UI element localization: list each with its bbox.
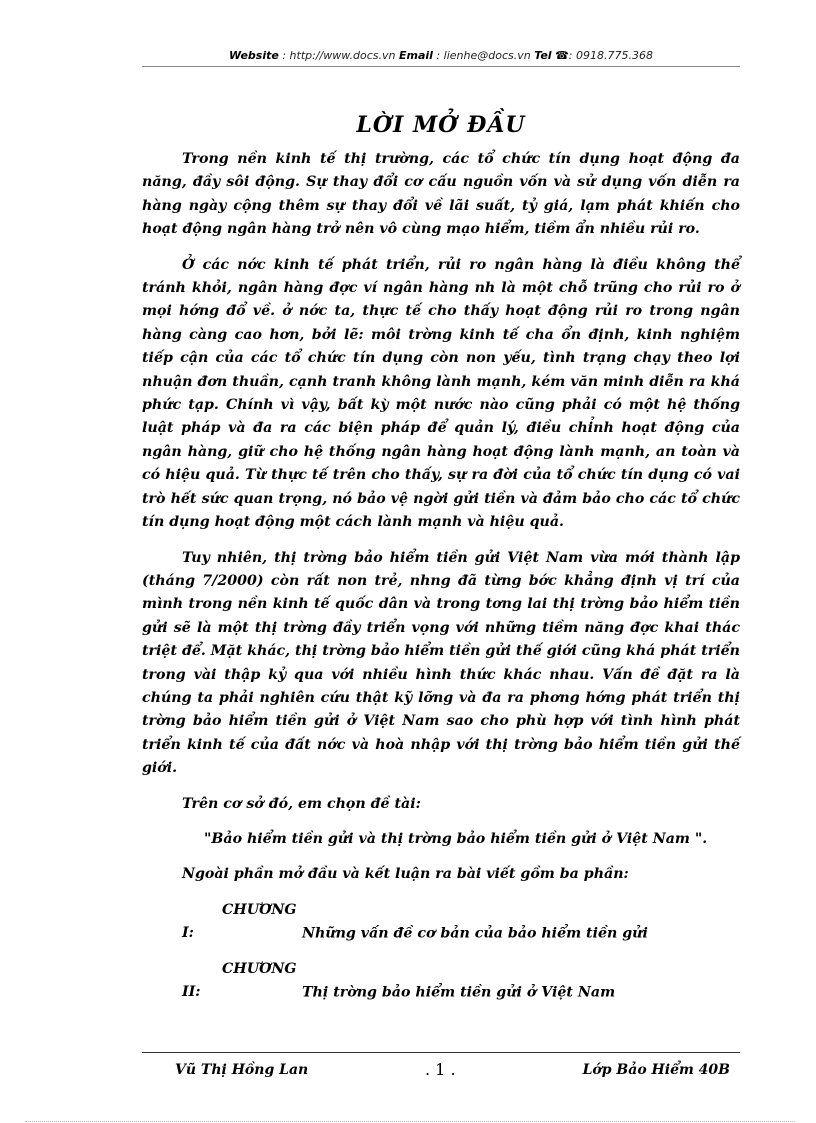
page-bottom-edge: [25, 1121, 795, 1122]
website-url[interactable]: : http://www.docs.vn: [279, 49, 399, 62]
document-title: LỜI MỞ ĐẦU: [142, 112, 740, 138]
chapter-1-title: Những vấn đề cơ bản của bảo hiểm tiền gử…: [302, 925, 648, 941]
paragraph-2: Ở các nớc kinh tế phát triển, rủi ro ngâ…: [142, 254, 740, 535]
page-footer: Vũ Thị Hồng Lan . 1 . Lớp Bảo Hiểm 40B: [175, 1060, 730, 1084]
footer-class: Lớp Bảo Hiểm 40B: [583, 1062, 730, 1078]
website-label: Website: [229, 49, 279, 62]
footer-author: Vũ Thị Hồng Lan: [175, 1062, 308, 1078]
header-divider: [142, 66, 740, 67]
page-header: Website : http://www.docs.vn Email : lie…: [142, 46, 740, 66]
chapter-1: CHƯƠNG I:Những vấn đề cơ bản của bảo hiể…: [142, 899, 740, 946]
chapter-2-label: CHƯƠNG II:: [182, 958, 302, 1005]
chapter-2: CHƯƠNG II:Thị trờng bảo hiểm tiền gửi ở …: [142, 958, 740, 1005]
paragraph-3: Tuy nhiên, thị trờng bảo hiểm tiền gửi V…: [142, 547, 740, 781]
email-label: Email: [399, 49, 433, 62]
topic-intro: Trên cơ sở đó, em chọn đề tài:: [142, 793, 740, 816]
page-number: . 1 .: [425, 1060, 456, 1079]
phone-number: : 0918.775.368: [569, 49, 653, 62]
tel-label: Tel: [534, 49, 551, 62]
phone-icon: ☎: [555, 49, 569, 62]
document-body: Trong nền kinh tế thị trường, các tổ chứ…: [142, 148, 740, 1016]
paragraph-1: Trong nền kinh tế thị trường, các tổ chứ…: [142, 148, 740, 242]
structure-intro: Ngoài phần mở đầu và kết luận ra bài viế…: [142, 863, 740, 886]
footer-divider: [142, 1052, 740, 1053]
chapter-1-label: CHƯƠNG I:: [182, 899, 302, 946]
topic-title: "Bảo hiểm tiền gửi và thị trờng bảo hiểm…: [142, 828, 740, 851]
chapter-2-title: Thị trờng bảo hiểm tiền gửi ở Việt Nam: [302, 984, 615, 1000]
email-address[interactable]: : lienhe@docs.vn: [433, 49, 534, 62]
